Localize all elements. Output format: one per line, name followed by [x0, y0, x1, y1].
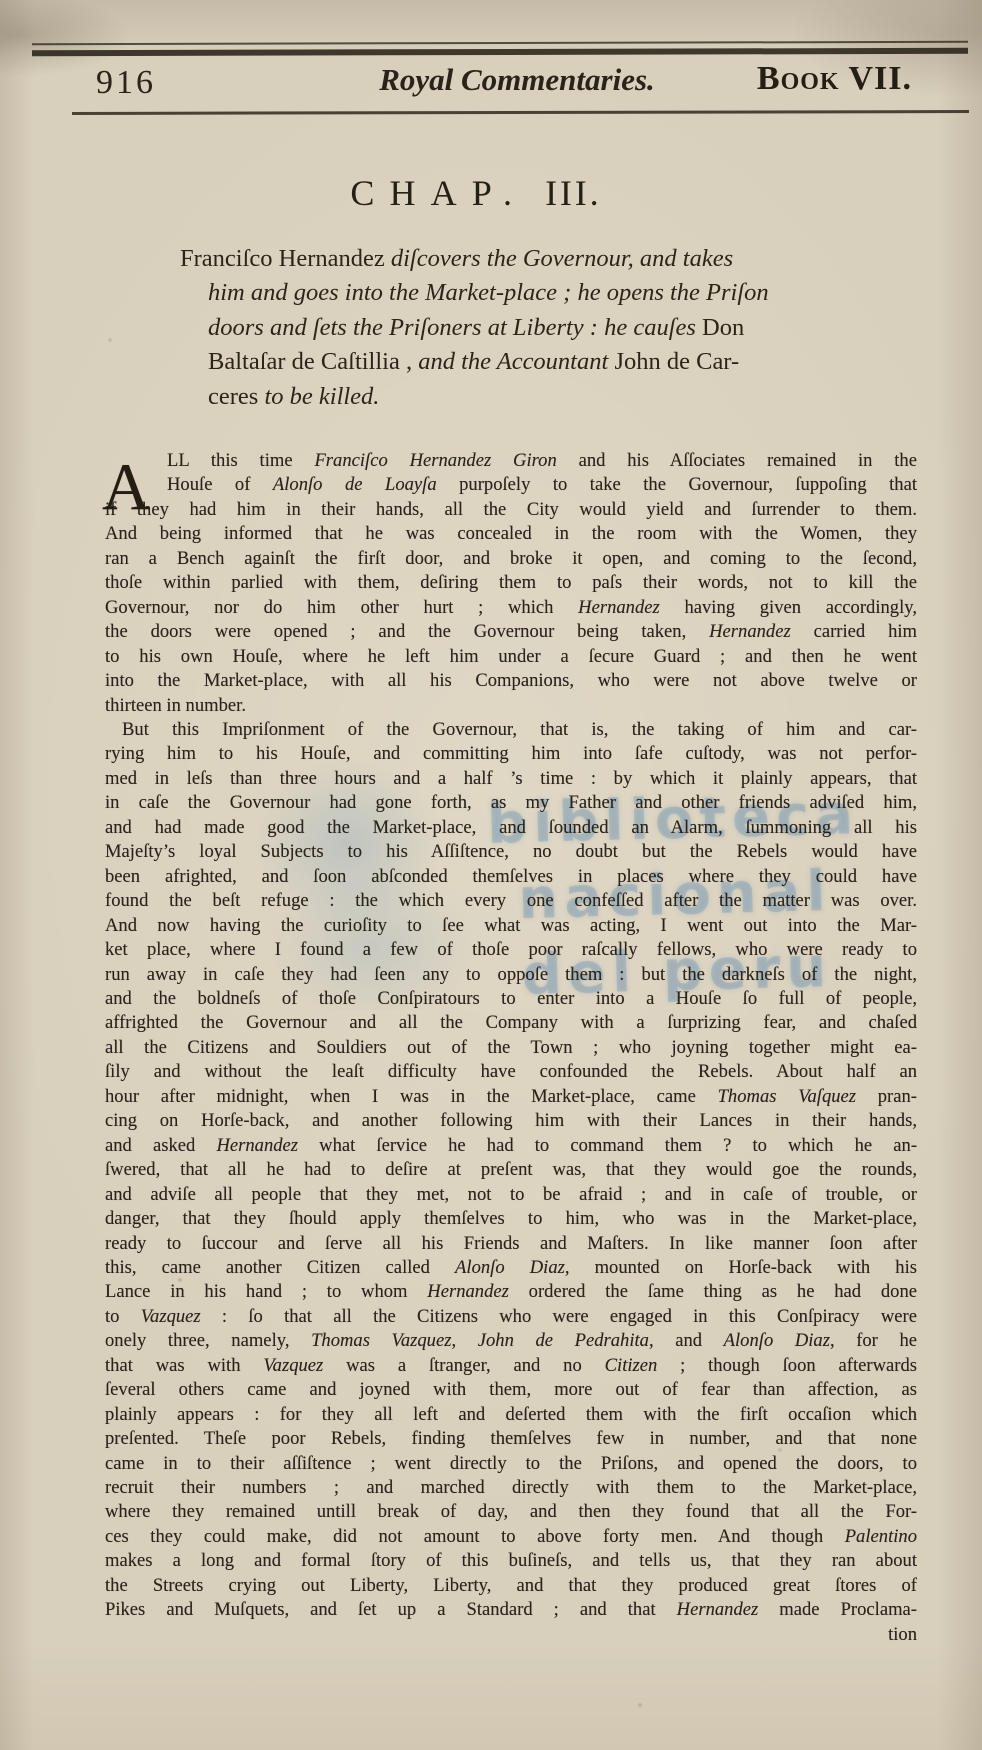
- text-line: danger, that they ſhould apply themſelve…: [105, 1207, 917, 1231]
- text-line: ſeveral others came and joyned with them…: [105, 1378, 917, 1402]
- paragraph-2: But this Impriſonment of the Governour, …: [105, 718, 917, 1623]
- text-line: preſented. Theſe poor Rebels, finding th…: [105, 1427, 917, 1451]
- text-line: ket place, where I found a few of thoſe …: [105, 938, 917, 962]
- book-label: Book VII.: [757, 60, 912, 98]
- text-line: ſily and without the leaſt difficulty ha…: [105, 1060, 917, 1084]
- text-line: in caſe the Governour had gone forth, as…: [105, 791, 917, 815]
- chapter-number: III.: [545, 173, 602, 213]
- text-line: But this Impriſonment of the Governour, …: [105, 718, 917, 742]
- text-line: And now having the curioſity to ſee what…: [105, 914, 917, 938]
- text-line: And being informed that he was concealed…: [105, 522, 917, 546]
- text-line: hour after midnight, when I was in the M…: [105, 1085, 917, 1109]
- catchword: tion: [105, 1623, 917, 1647]
- body-text: A LL this time Franciſco Hernandez Giron…: [105, 449, 917, 1647]
- text-line: thoſe within parlied with them, deſiring…: [105, 571, 917, 595]
- text-line: LL this time Franciſco Hernandez Giron a…: [167, 449, 917, 473]
- top-double-rule: [32, 41, 968, 56]
- text-line: rying him to his Houſe, and committing h…: [105, 742, 917, 766]
- text-line: cing on Horſe-back, and another followin…: [105, 1109, 917, 1133]
- text-line: and had made good the Market-place, and …: [105, 816, 917, 840]
- text-line: came in to their aſſiſtence ; went direc…: [105, 1452, 917, 1476]
- text-line: ces they could make, did not amount to a…: [105, 1525, 917, 1549]
- text-line: Pikes and Muſquets, and ſet up a Standar…: [105, 1598, 917, 1622]
- text-line: med in leſs than three hours and a half …: [105, 767, 917, 791]
- chapter-argument: Franciſco Hernandez diſcovers the Govern…: [180, 242, 870, 414]
- book-page: biblioteca nacional del peru 916 Royal C…: [0, 0, 982, 1750]
- text-line: the doors were opened ; and the Governou…: [105, 620, 917, 644]
- text-line: makes a long and formal ſtory of this bu…: [105, 1549, 917, 1573]
- text-line: thirteen in number.: [105, 694, 917, 718]
- text-line: been afrighted, and ſoon abſconded themſ…: [105, 865, 917, 889]
- text-line: ready to ſuccour and ſerve all his Frien…: [105, 1232, 917, 1256]
- text-line: to his own Houſe, where he left him unde…: [105, 645, 917, 669]
- text-line: the Streets crying out Liberty, Liberty,…: [105, 1574, 917, 1598]
- text-line: Lance in his hand ; to whom Hernandez or…: [105, 1280, 917, 1304]
- drop-cap: A: [102, 454, 150, 521]
- text-line: ran a Bench againſt the firſt door, and …: [105, 547, 917, 571]
- text-line: Governour, nor do him other hurt ; which…: [105, 596, 917, 620]
- text-line: him and goes into the Market-place ; he …: [208, 276, 870, 310]
- text-line: onely three, namely, Thomas Vazquez, Joh…: [105, 1329, 917, 1353]
- text-line: into the Market-place, with all his Comp…: [105, 669, 917, 693]
- header-rule: [72, 110, 969, 119]
- text-line: Houſe of Alonſo de Loayſa purpoſely to t…: [167, 473, 917, 497]
- text-line: to Vazquez : ſo that all the Citizens wh…: [105, 1305, 917, 1329]
- text-line: Baltaſar de Caſtillia , and the Accounta…: [208, 345, 870, 379]
- text-line: recruit their numbers ; and marched dire…: [105, 1476, 917, 1500]
- text-line: and the boldneſs of thoſe Conſpiratours …: [105, 987, 917, 1011]
- chapter-label: CHAP.: [350, 173, 527, 213]
- text-line: ceres to be killed.: [208, 380, 870, 414]
- text-line: Franciſco Hernandez diſcovers the Govern…: [180, 242, 870, 276]
- text-line: that was with Vazquez was a ſtranger, an…: [105, 1354, 917, 1378]
- text-line: where they remained untill break of day,…: [105, 1500, 917, 1524]
- text-line: all the Citizens and Souldiers out of th…: [105, 1036, 917, 1060]
- text-line: ſwered, that all he had to deſire at pre…: [105, 1158, 917, 1182]
- text-line: doors and ſets the Priſoners at Liberty …: [208, 311, 870, 345]
- text-line: and adviſe all people that they met, not…: [105, 1183, 917, 1207]
- text-line: affrighted the Governour and all the Com…: [105, 1011, 917, 1035]
- catchword-text: tion: [888, 1624, 917, 1645]
- text-line: and asked Hernandez what ſervice he had …: [105, 1134, 917, 1158]
- text-line: run away in caſe they had ſeen any to op…: [105, 963, 917, 987]
- text-line: plainly appears : for they all left and …: [105, 1403, 917, 1427]
- text-line: found the beſt refuge : the which every …: [105, 889, 917, 913]
- text-line: Majeſty’s loyal Subjects to his Aſſiſten…: [105, 840, 917, 864]
- text-line: this, came another Citizen called Alonſo…: [105, 1256, 917, 1280]
- text-line: if they had him in their hands, all the …: [105, 498, 917, 522]
- chapter-heading: CHAP.III.: [0, 172, 952, 214]
- paragraph-1: LL this time Franciſco Hernandez Giron a…: [105, 449, 917, 718]
